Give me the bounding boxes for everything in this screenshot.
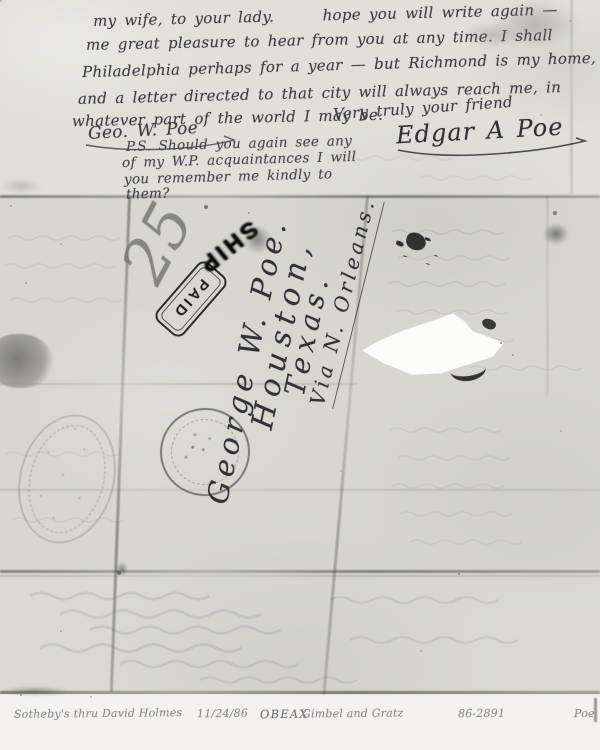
provenance-lot-number: 86-2891: [458, 707, 505, 720]
provenance-auction-note: Sotheby's thru David Holmes: [14, 706, 182, 721]
paper-speckles: [0, 0, 2, 2]
paper-bottom-edge: [0, 691, 600, 694]
lower-panel: [0, 572, 600, 694]
provenance-collectors: Gimbel and Gratz: [302, 706, 404, 720]
provenance-date: 11/24/86: [197, 707, 248, 721]
letter-scan: my wife, to your lady. hope you will wri…: [0, 0, 600, 750]
provenance-subject: Poe: [574, 707, 595, 720]
letter-paper: my wife, to your lady. hope you will wri…: [0, 0, 600, 694]
